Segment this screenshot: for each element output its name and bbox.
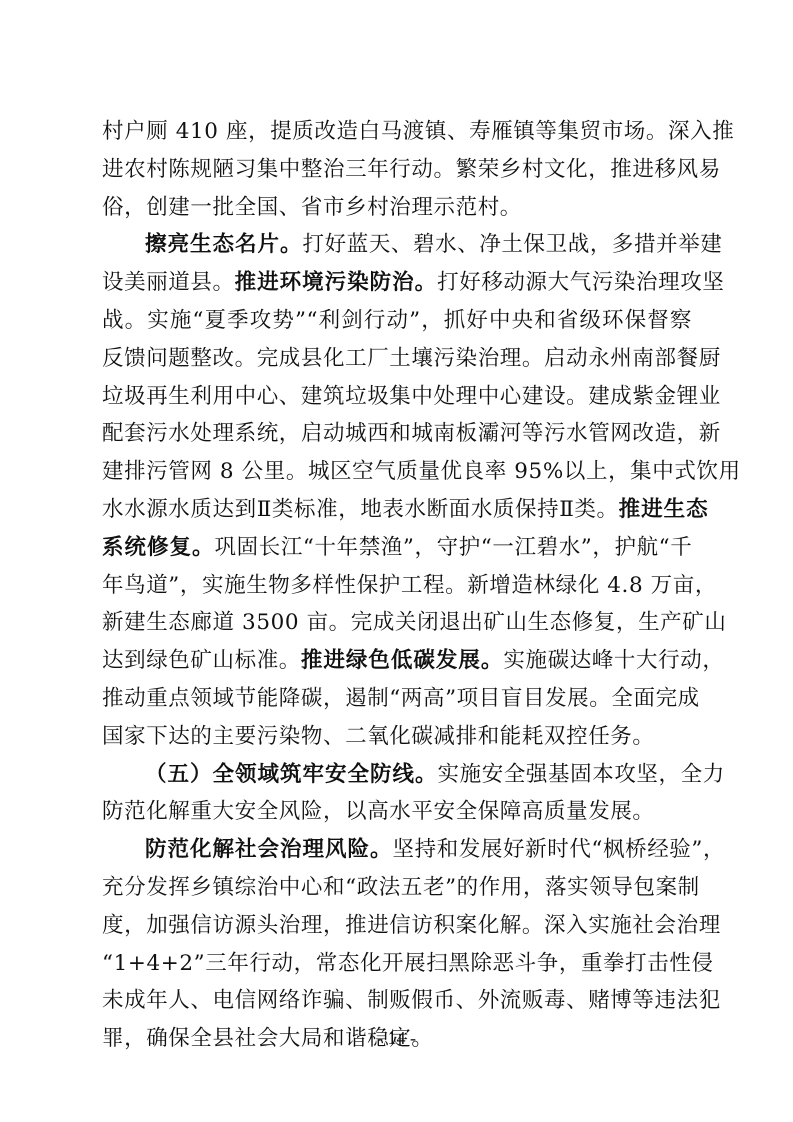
text-line: 充分发挥乡镇综治中心和“政法五老”的作用，落实领导包案制 [102, 869, 692, 907]
text-line: 配套污水处理系统，启动城西和城南板灞河等污水管网改造，新 [102, 415, 692, 453]
line-text: 打好移动源大气污染治理攻坚 [437, 270, 724, 295]
text-line: 国家下达的主要污染物、二氧化碳减排和能耗双控任务。 [102, 718, 692, 756]
text-line: 达到绿色矿山标准。推进绿色低碳发展。实施碳达峰十大行动， [102, 642, 692, 680]
text-line: 设美丽道县。推进环境污染防治。打好移动源大气污染治理攻坚 [102, 264, 692, 302]
section-heading: 系统修复。 [102, 535, 215, 560]
line-text: 未成年人、电信网络诈骗、制贩假币、外流贩毒、赌博等违法犯 [102, 988, 721, 1013]
line-text: 建排污管网 8 公里。城区空气质量优良率 95%以上，集中式饮用 [102, 459, 741, 484]
line-text: 配套污水处理系统，启动城西和城南板灞河等污水管网改造，新 [102, 421, 721, 446]
section-heading: 推进环境污染防治。 [235, 270, 438, 295]
text-line: 推动重点领域节能降碳，遏制“两高”项目盲目发展。全面完成 [102, 680, 692, 718]
line-text: 度，加强信访源头治理，推进信访积案化解。深入实施社会治理 [102, 913, 721, 938]
line-text: 推动重点领域节能降碳，遏制“两高”项目盲目发展。全面完成 [102, 686, 700, 711]
line-text: 实施安全强基固本攻坚，全力 [438, 762, 725, 787]
line-text: 防范化解重大安全风险，以高水平安全保障高质量发展。 [102, 799, 655, 824]
text-line: 度，加强信访源头治理，推进信访积案化解。深入实施社会治理 [102, 907, 692, 945]
text-line: 进农村陈规陋习集中整治三年行动。繁荣乡村文化，推进移风易 [102, 151, 692, 189]
line-text: 实施碳达峰十大行动， [503, 648, 724, 673]
text-line: 防范化解社会治理风险。坚持和发展好新时代“枫桥经验”， [102, 831, 692, 869]
line-text: 进农村陈规陋习集中整治三年行动。繁荣乡村文化，推进移风易 [102, 157, 721, 182]
line-text: 水水源水质达到Ⅱ类标准，地表水断面水质保持Ⅱ类。 [102, 497, 619, 522]
line-text: 反馈问题整改。完成县化工厂土壤污染治理。启动永州南部餐厨 [102, 346, 721, 371]
text-line: （五）全领域筑牢安全防线。实施安全强基固本攻坚，全力 [102, 756, 692, 794]
text-line: “1+4+2”三年行动，常态化开展扫黑除恶斗争，重拳打击性侵 [102, 945, 692, 983]
text-line: 防范化解重大安全风险，以高水平安全保障高质量发展。 [102, 793, 692, 831]
line-text: 巩固长江“十年禁渔”，守护“一江碧水”，护航“千 [215, 535, 693, 560]
text-line: 未成年人、电信网络诈骗、制贩假币、外流贩毒、赌博等违法犯 [102, 982, 692, 1020]
text-line: 反馈问题整改。完成县化工厂土壤污染治理。启动永州南部餐厨 [102, 340, 692, 378]
text-line: 水水源水质达到Ⅱ类标准，地表水断面水质保持Ⅱ类。推进生态 [102, 491, 692, 529]
section-heading: 推进生态 [619, 497, 709, 522]
line-text: 垃圾再生利用中心、建筑垃圾集中处理中心建设。建成紫金锂业 [102, 384, 721, 409]
line-text: 年鸟道”，实施生物多样性保护工程。新增造林绿化 4.8 万亩， [102, 573, 717, 598]
line-text: 充分发挥乡镇综治中心和“政法五老”的作用，落实领导包案制 [102, 875, 700, 900]
text-line: 建排污管网 8 公里。城区空气质量优良率 95%以上，集中式饮用 [102, 453, 692, 491]
text-line: 垃圾再生利用中心、建筑垃圾集中处理中心建设。建成紫金锂业 [102, 378, 692, 416]
line-text: 达到绿色矿山标准。 [102, 648, 301, 673]
section-heading: 防范化解社会治理风险。 [145, 837, 393, 862]
text-line: 系统修复。巩固长江“十年禁渔”，守护“一江碧水”，护航“千 [102, 529, 692, 567]
line-text: 新建生态廊道 3500 亩。完成关闭退出矿山生态修复，生产矿山 [102, 610, 727, 635]
text-line: 年鸟道”，实施生物多样性保护工程。新增造林绿化 4.8 万亩， [102, 567, 692, 605]
text-line: 擦亮生态名片。打好蓝天、碧水、净土保卫战，多措并举建 [102, 226, 692, 264]
text-line: 新建生态廊道 3500 亩。完成关闭退出矿山生态修复，生产矿山 [102, 604, 692, 642]
section-heading: 擦亮生态名片。 [145, 232, 303, 257]
line-text: 国家下达的主要污染物、二氧化碳减排和能耗双控任务。 [102, 724, 655, 749]
line-text: 俗，创建一批全国、省市乡村治理示范村。 [102, 195, 522, 220]
page-number: - 14 - [0, 1028, 793, 1049]
section-heading: 推进绿色低碳发展。 [301, 648, 504, 673]
line-text: “1+4+2”三年行动，常态化开展扫黑除恶斗争，重拳打击性侵 [102, 951, 714, 976]
document-body: 村户厕 410 座，提质改造白马渡镇、寿雁镇等集贸市场。深入推进农村陈规陋习集中… [102, 113, 692, 1058]
line-text: 坚持和发展好新时代“枫桥经验”， [393, 837, 726, 862]
text-line: 俗，创建一批全国、省市乡村治理示范村。 [102, 189, 692, 227]
section-heading: （五）全领域筑牢安全防线。 [145, 762, 438, 787]
line-text: 战。实施“夏季攻势”“利剑行动”，抓好中央和省级环保督察 [102, 308, 692, 333]
text-line: 村户厕 410 座，提质改造白马渡镇、寿雁镇等集贸市场。深入推 [102, 113, 692, 151]
line-text: 设美丽道县。 [102, 270, 235, 295]
line-text: 打好蓝天、碧水、净土保卫战，多措并举建 [303, 232, 723, 257]
line-text: 村户厕 410 座，提质改造白马渡镇、寿雁镇等集贸市场。深入推 [102, 119, 734, 144]
text-line: 战。实施“夏季攻势”“利剑行动”，抓好中央和省级环保督察 [102, 302, 692, 340]
